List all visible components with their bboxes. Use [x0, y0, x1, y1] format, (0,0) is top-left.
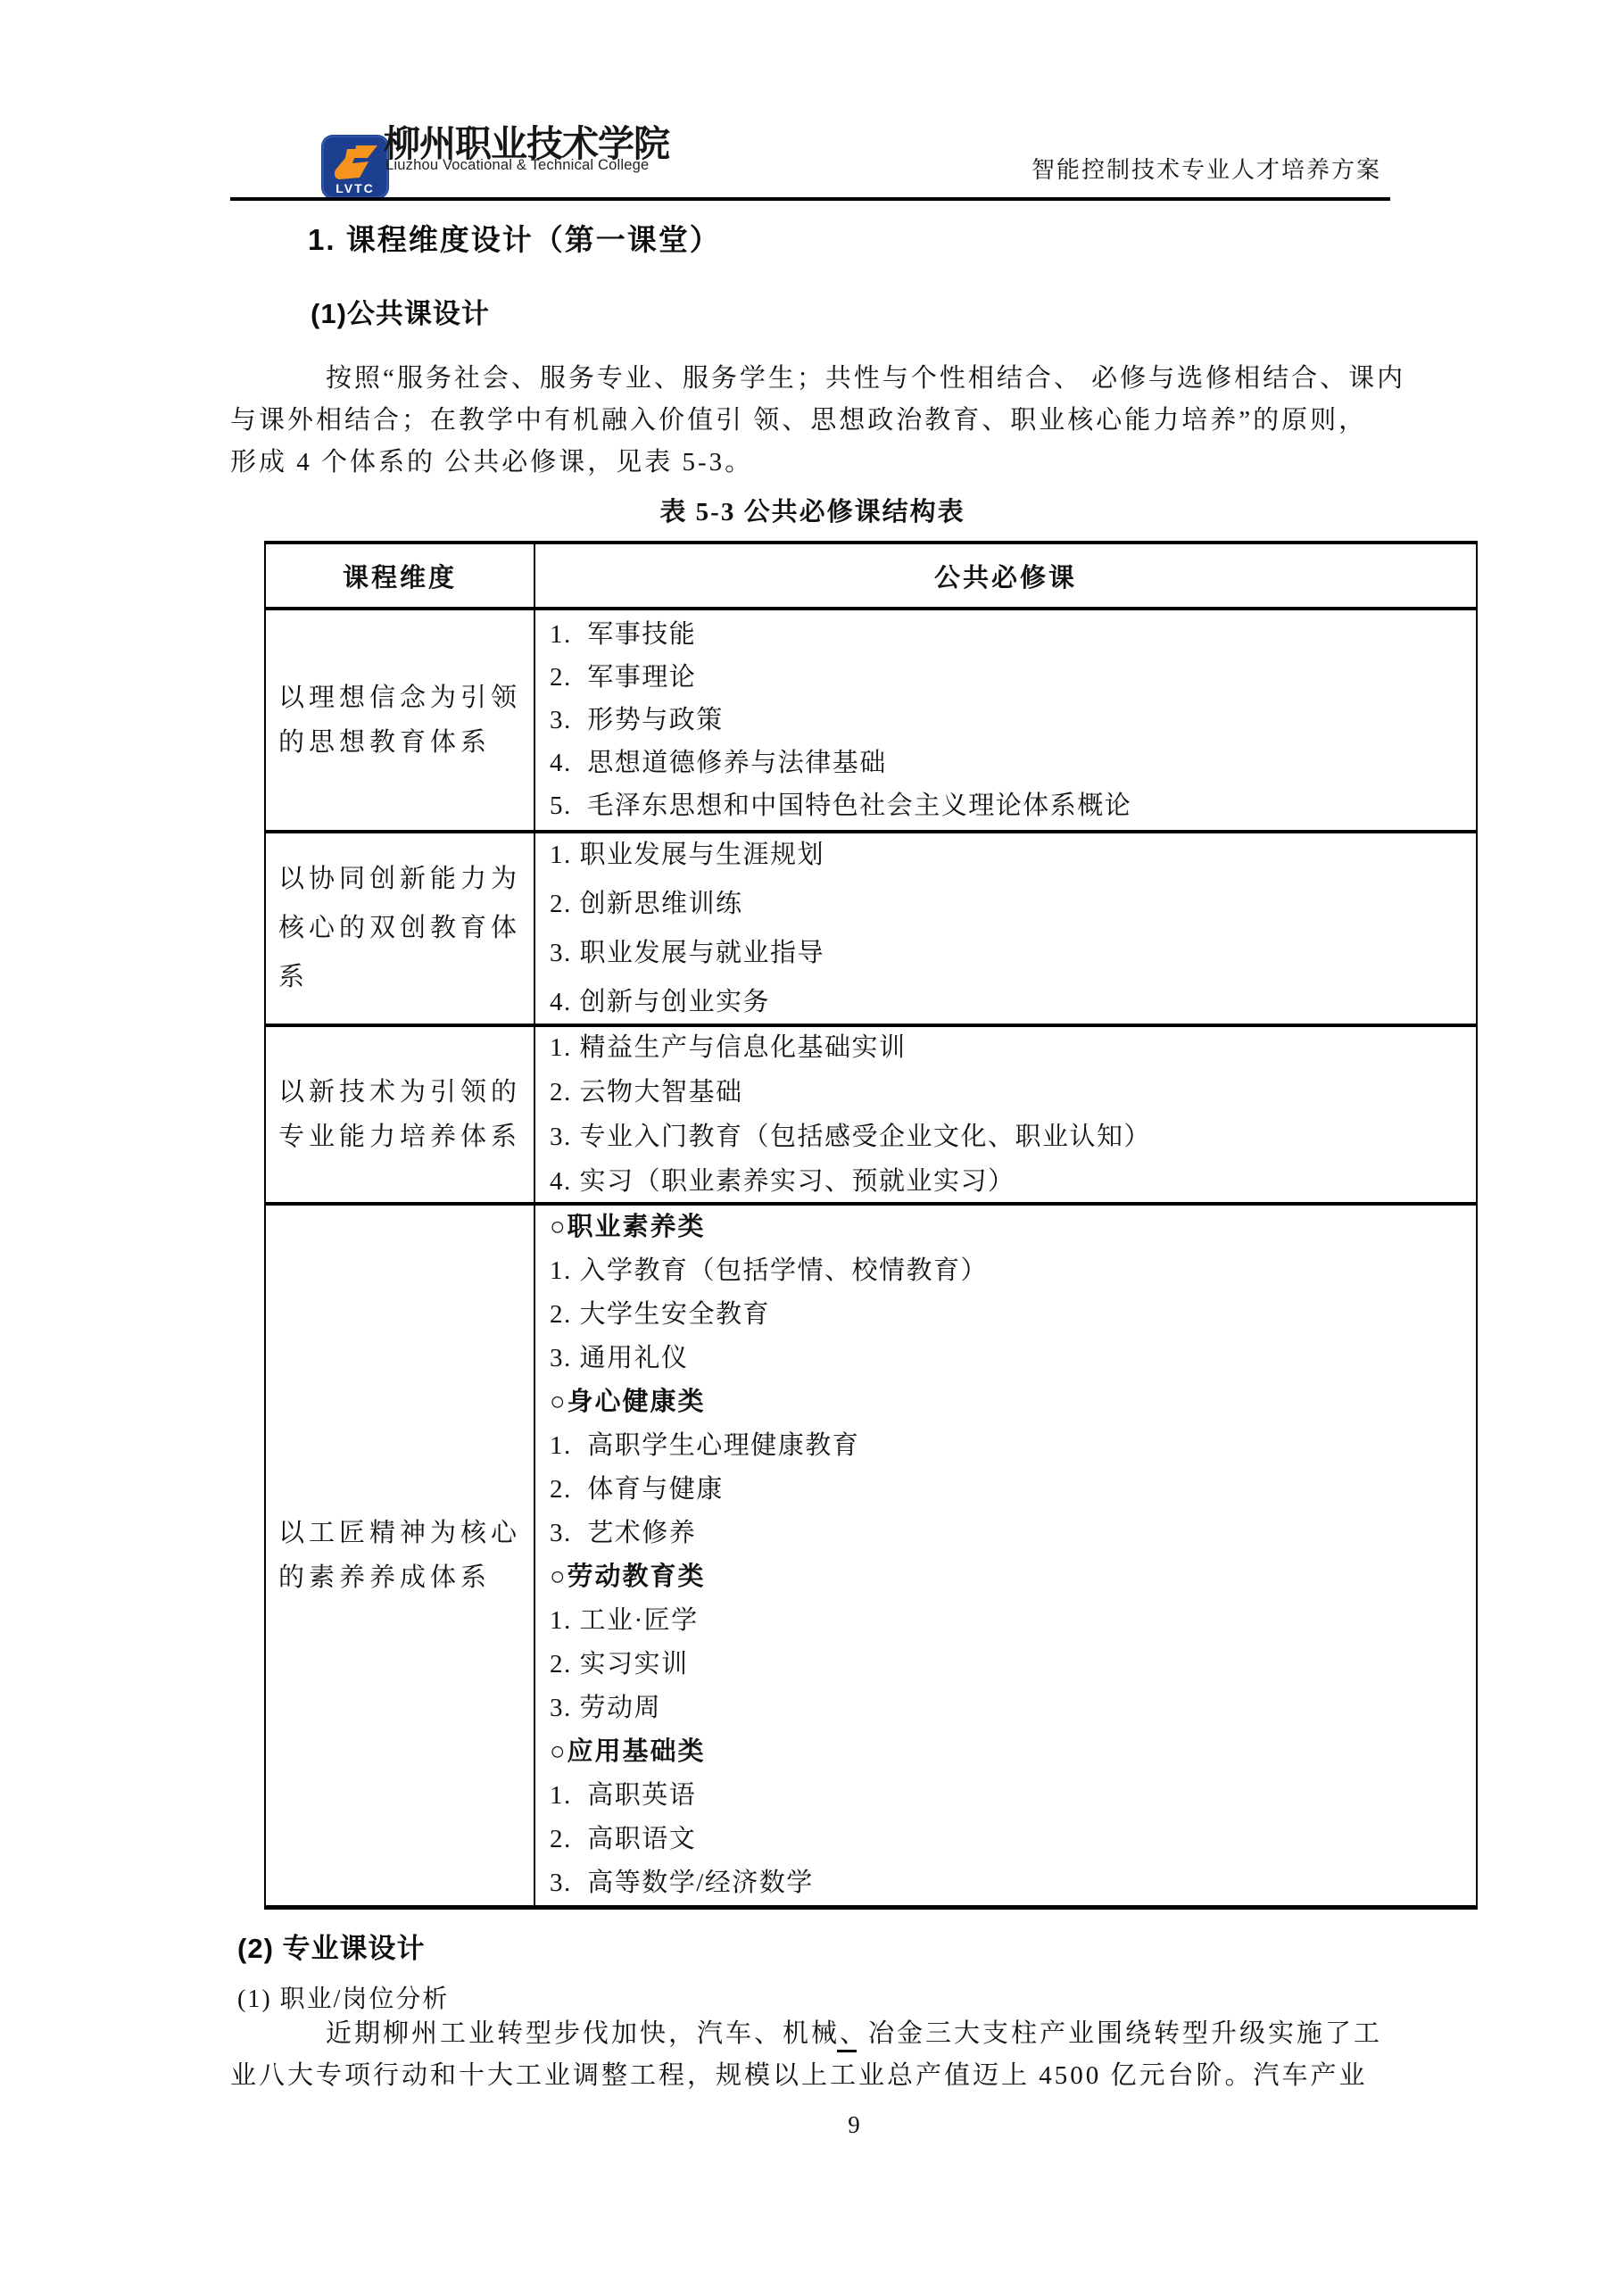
course-item: 1. 工业·匠学 [550, 1599, 1476, 1643]
course-item: 3. 通用礼仪 [550, 1337, 1476, 1380]
closing-paragraph-line: 业八大专项行动和十大工业调整工程，规模以上工业总产值迈上 4500 亿元台阶。汽… [230, 2055, 1368, 2092]
dimension-text: 以理想信念为引领 [278, 676, 534, 720]
course-item: 3. 高等数学/经济数学 [550, 1861, 1476, 1905]
intro-paragraph-line: 与课外相结合；在教学中有机融入价值引 领、思想政治教育、职业核心能力培养”的原则… [230, 400, 1367, 436]
courses-cell: ○职业素养类 1. 入学教育（包括学情、校情教育） 2. 大学生安全教育 3. … [535, 1206, 1476, 1905]
course-item: 2. 创新思维训练 [550, 880, 1476, 929]
course-category: ○劳动教育类 [550, 1555, 1476, 1599]
course-item: 4. 思想道德修养与法律基础 [550, 742, 1476, 784]
dimension-text: 以协同创新能力为 [278, 855, 534, 904]
column-header-courses: 公共必修课 [535, 544, 1476, 607]
table-row: 以新技术为引领的 专业能力培养体系 1. 精益生产与信息化基础实训 2. 云物大… [266, 1027, 1476, 1206]
course-category: ○身心健康类 [550, 1380, 1476, 1424]
section-heading-course-dimension: 1. 课程维度设计（第一课堂） [308, 217, 721, 259]
course-item: 1. 高职英语 [550, 1774, 1476, 1818]
course-item: 1. 精益生产与信息化基础实训 [550, 1025, 1476, 1070]
dimension-text: 的思想教育体系 [278, 720, 534, 765]
closing-paragraph-line: 近期柳州工业转型步伐加快，汽车、机械、冶金三大支柱产业围绕转型升级实施了工 [326, 2013, 1382, 2050]
dimension-text: 系 [278, 953, 534, 1002]
dimension-text: 以新技术为引领的 [278, 1070, 534, 1115]
document-title: 智能控制技术专业人才培养方案 [1032, 152, 1381, 185]
dimension-cell: 以新技术为引领的 专业能力培养体系 [266, 1027, 535, 1202]
college-name-en: Liuzhou Vocational & Technical College [385, 157, 649, 174]
intro-paragraph-line: 按照“服务社会、服务专业、服务学生；共性与个性相结合、 必修与选修相结合、课内 [326, 358, 1405, 394]
course-item: 4. 创新与创业实务 [550, 978, 1476, 1027]
table-header-row: 课程维度 公共必修课 [266, 544, 1476, 610]
table-row: 以工匠精神为核心 的素养养成体系 ○职业素养类 1. 入学教育（包括学情、校情教… [266, 1206, 1476, 1905]
course-item: 1. 职业发展与生涯规划 [550, 831, 1476, 880]
course-item: 3. 专业入门教育（包括感受企业文化、职业认知） [550, 1115, 1476, 1159]
course-item: 3. 形势与政策 [550, 699, 1476, 742]
dimension-cell: 以理想信念为引领 的思想教育体系 [266, 610, 535, 830]
course-item: 3. 职业发展与就业指导 [550, 929, 1476, 978]
course-item: 2. 军事理论 [550, 656, 1476, 699]
course-item: 3. 劳动周 [550, 1687, 1476, 1730]
course-item: 1. 高职学生心理健康教育 [550, 1424, 1476, 1468]
subsection-heading-public-courses: (1)公共课设计 [311, 291, 490, 331]
course-item: 2. 大学生安全教育 [550, 1293, 1476, 1337]
page-number: 9 [230, 2111, 1478, 2139]
dimension-text: 的素养养成体系 [278, 1555, 534, 1600]
logo-abbr-text: LVTC [336, 181, 375, 195]
dimension-cell: 以协同创新能力为 核心的双创教育体 系 [266, 833, 535, 1024]
dimension-text: 核心的双创教育体 [278, 904, 534, 953]
course-item: 2. 高职语文 [550, 1818, 1476, 1861]
courses-cell: 1. 精益生产与信息化基础实训 2. 云物大智基础 3. 专业入门教育（包括感受… [535, 1027, 1476, 1202]
course-item: 1. 入学教育（包括学情、校情教育） [550, 1249, 1476, 1293]
table-caption: 表 5-3 公共必修课结构表 [230, 492, 1395, 528]
college-logo: LVTC [306, 118, 376, 184]
dimension-cell: 以工匠精神为核心 的素养养成体系 [266, 1206, 535, 1905]
course-item: 4. 实习（职业素养实习、预就业实习） [550, 1159, 1476, 1204]
section-heading-major-courses: (2) 专业课设计 [237, 1926, 426, 1966]
course-item: 1. 军事技能 [550, 613, 1476, 656]
table-row: 以协同创新能力为 核心的双创教育体 系 1. 职业发展与生涯规划 2. 创新思维… [266, 833, 1476, 1027]
course-category: ○职业素养类 [550, 1206, 1476, 1249]
courses-cell: 1. 职业发展与生涯规划 2. 创新思维训练 3. 职业发展与就业指导 4. 创… [535, 833, 1476, 1024]
dimension-text: 专业能力培养体系 [278, 1115, 534, 1159]
intro-paragraph-line: 形成 4 个体系的 公共必修课，见表 5-3。 [230, 442, 753, 478]
course-category: ○应用基础类 [550, 1730, 1476, 1774]
course-item: 5. 毛泽东思想和中国特色社会主义理论体系概论 [550, 784, 1476, 827]
course-item: 2. 体育与健康 [550, 1468, 1476, 1512]
subsection-heading-job-analysis: (1) 职业/岗位分析 [237, 1979, 449, 2015]
header-divider [230, 197, 1390, 201]
course-item: 2. 云物大智基础 [550, 1070, 1476, 1115]
document-page: LVTC 柳州职业技术学院 Liuzhou Vocational & Techn… [0, 0, 1624, 2296]
course-item: 3. 艺术修养 [550, 1512, 1476, 1555]
column-header-dimension: 课程维度 [266, 544, 535, 607]
dimension-text: 以工匠精神为核心 [278, 1511, 534, 1555]
course-item: 2. 实习实训 [550, 1643, 1476, 1687]
college-logo-graphic: LVTC [320, 134, 390, 200]
courses-cell: 1. 军事技能 2. 军事理论 3. 形势与政策 4. 思想道德修养与法律基础 … [535, 610, 1476, 830]
public-compulsory-course-table: 课程维度 公共必修课 以理想信念为引领 的思想教育体系 1. 军事技能 2. 军… [264, 541, 1478, 1910]
overline-artifact [837, 2050, 857, 2052]
table-row: 以理想信念为引领 的思想教育体系 1. 军事技能 2. 军事理论 3. 形势与政… [266, 610, 1476, 833]
